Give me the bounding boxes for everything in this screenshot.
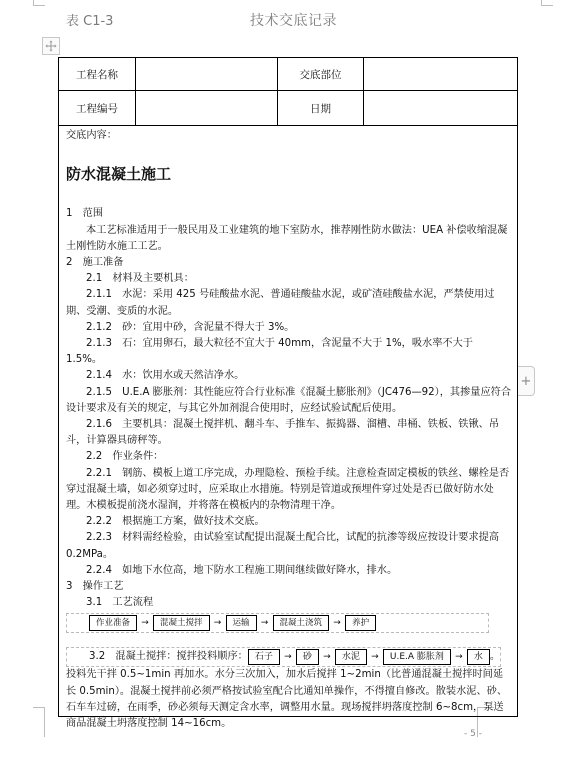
section-2-1-4: 2.1.4 水：饮用水或天然洁净水。	[66, 368, 511, 384]
tech-disclosure-table: 工程名称 交底部位 工程编号 日期 交底内容： 防水混凝土施工 1 范围 本工艺…	[58, 57, 518, 717]
arrow-right-icon: →	[283, 649, 293, 665]
section-1-heading: 1 范围	[66, 206, 511, 222]
project-number-label: 工程编号	[59, 91, 136, 125]
add-column-button[interactable]: +	[518, 366, 535, 396]
section-2-1-3: 2.1.3 石：宜用卵石，最大粒径不宜大于 40mm，含泥量不大于 1%，吸水率…	[66, 336, 511, 368]
section-2-1-2: 2.1.2 砂：宜用中砂，含泥量不得大于 3%。	[66, 320, 511, 336]
feed-step: 水泥	[335, 649, 367, 665]
arrow-right-icon: →	[332, 615, 342, 631]
date-label: 日期	[278, 91, 364, 125]
section-3-1: 3.1 工艺流程	[66, 595, 511, 611]
move-arrows-icon	[45, 40, 57, 52]
feed-order-line: 3.2 混凝土搅拌：搅拌投料顺序： 石子 → 砂 → 水泥 → U.E.A 膨胀…	[66, 647, 501, 667]
content-label: 交底内容：	[66, 128, 511, 144]
arrow-right-icon: →	[454, 649, 464, 665]
document-heading: 防水混凝土施工	[66, 166, 511, 182]
section-2-2-4: 2.2.4 如地下水位高，地下防水工程施工期间继续做好降水，排水。	[66, 563, 511, 579]
section-3-2-paragraph: 投料先干拌 0.5~1min 再加水。水分三次加入，加水后搅拌 1~2min（比…	[66, 667, 511, 732]
section-2-1-1: 2.1.1 水泥：采用 425 号硅酸盐水泥、普通硅酸盐水泥，或矿渣硅酸盐水泥，…	[66, 287, 511, 319]
section-2-1-6: 2.1.6 主要机具：混凝土搅拌机、翻斗车、手推车、振捣器、溜槽、串桶、铁板、铁…	[66, 417, 511, 449]
feed-end: 。	[490, 649, 500, 665]
disclosure-location-field[interactable]	[364, 58, 517, 90]
flow-step: 混凝土浇筑	[273, 615, 330, 631]
feed-step: U.E.A 膨胀剂	[383, 649, 451, 665]
crop-mark	[44, 707, 45, 737]
disclosure-location-label: 交底部位	[278, 58, 364, 90]
feed-step: 石子	[248, 649, 280, 665]
form-code: 表 C1-3	[66, 10, 113, 29]
form-row-2: 工程编号 日期	[59, 91, 517, 126]
flow-step: 作业准备	[89, 615, 137, 631]
table-move-handle[interactable]	[42, 37, 60, 55]
section-2-1: 2.1 材料及主要机具：	[66, 271, 511, 287]
crop-mark	[541, 5, 553, 6]
disclosure-content[interactable]: 交底内容： 防水混凝土施工 1 范围 本工艺标准适用于一般民用及工业建筑的地下室…	[59, 126, 517, 732]
plus-icon: +	[521, 374, 532, 389]
section-2-1-5: 2.1.5 U.E.A 膨胀剂：其性能应符合行业标准《混凝土膨胀剂》（JC476…	[66, 385, 511, 417]
section-1-paragraph: 本工艺标准适用于一般民用及工业建筑的地下室防水，推荐刚性防水做法：UEA 补偿收…	[66, 223, 511, 255]
arrow-right-icon: →	[260, 615, 270, 631]
section-3-2-lead: 3.2 混凝土搅拌：搅拌投料顺序：	[89, 649, 248, 665]
project-number-field[interactable]	[136, 91, 278, 125]
section-2-2: 2.2 作业条件：	[66, 449, 511, 465]
flow-step: 养护	[345, 615, 376, 631]
section-2-heading: 2 施工准备	[66, 255, 511, 271]
date-field[interactable]	[364, 91, 517, 125]
page-title: 技术交底记录	[250, 10, 337, 30]
flow-step: 运输	[226, 615, 257, 631]
process-flow-diagram: 作业准备 → 混凝土搅拌 → 运输 → 混凝土浇筑 → 养护	[66, 613, 489, 633]
arrow-right-icon: →	[140, 615, 150, 631]
arrow-right-icon: →	[213, 615, 223, 631]
feed-step: 砂	[296, 649, 319, 665]
page-number: - 5 -	[464, 729, 482, 739]
section-2-2-2: 2.2.2 根据施工方案，做好技术交底。	[66, 514, 511, 530]
form-row-1: 工程名称 交底部位	[59, 58, 517, 91]
feed-step: 水	[467, 649, 490, 665]
project-name-label: 工程名称	[59, 58, 136, 90]
flow-step: 混凝土搅拌	[153, 615, 210, 631]
section-2-2-1: 2.2.1 钢筋、模板上道工序完成，办理隐检、预检手续。注意检查固定模板的铁丝、…	[66, 466, 511, 515]
project-name-field[interactable]	[136, 58, 278, 90]
section-3-heading: 3 操作工艺	[66, 579, 511, 595]
arrow-right-icon: →	[322, 649, 332, 665]
crop-mark	[33, 5, 45, 6]
arrow-right-icon: →	[370, 649, 380, 665]
section-2-2-3: 2.2.3 材料需经检验，由试验室试配提出混凝土配合比，试配的抗渗等级应按设计要…	[66, 530, 511, 562]
